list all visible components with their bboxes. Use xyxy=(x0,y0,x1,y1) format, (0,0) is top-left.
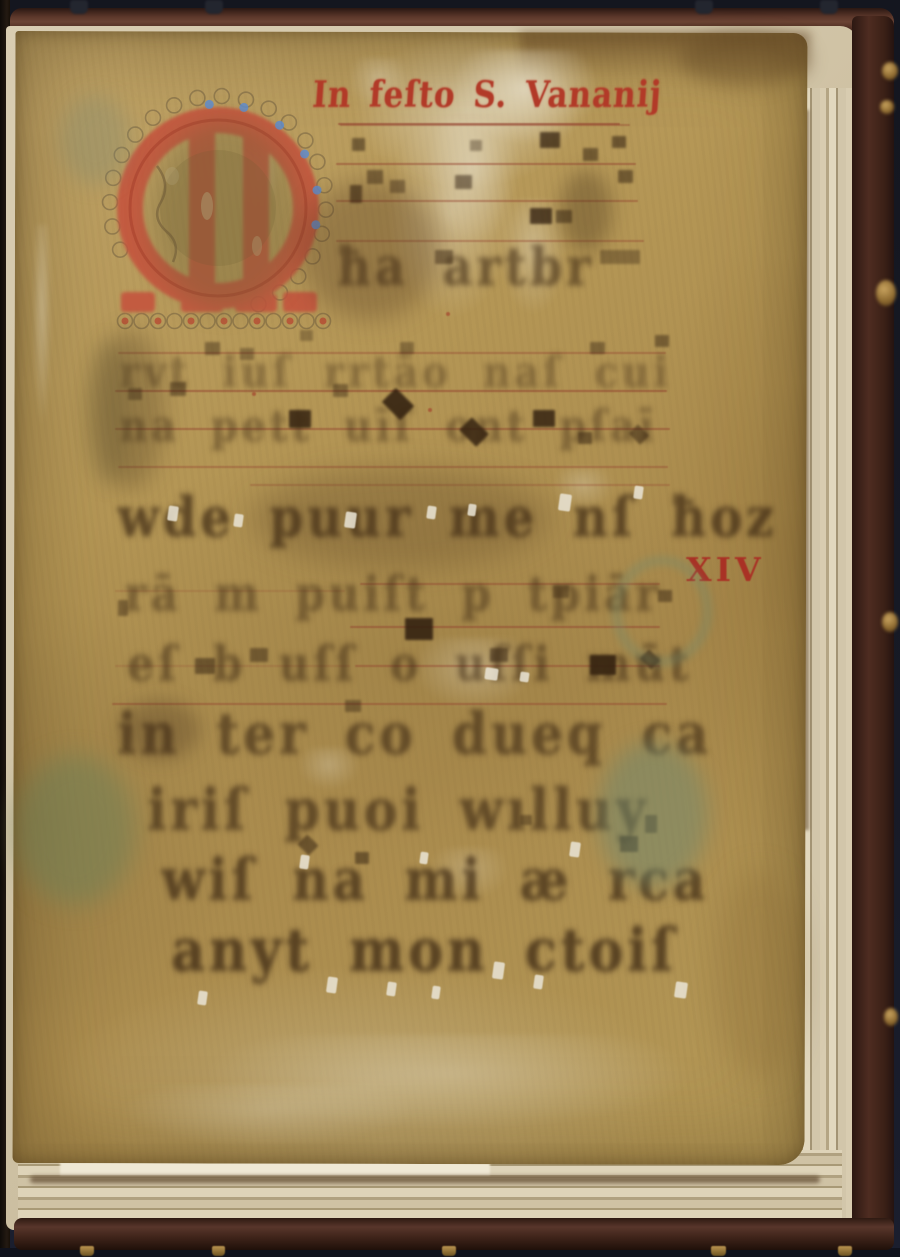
binding-stud xyxy=(820,0,838,14)
clasp-glint xyxy=(884,1008,898,1026)
clasp-glint xyxy=(880,100,894,114)
brass-foot xyxy=(838,1246,852,1256)
brass-foot xyxy=(80,1246,94,1256)
brass-foot xyxy=(212,1246,225,1256)
brass-foot xyxy=(711,1246,726,1256)
clasp-glint xyxy=(876,280,896,306)
manuscript-photograph: ħa artbrrvt iuſ rrtāo naſ cuina pett uīſ… xyxy=(0,0,900,1257)
binding-stud xyxy=(695,0,713,14)
clasp-glint xyxy=(882,612,898,632)
brass-foot xyxy=(442,1246,456,1256)
binding-stud xyxy=(205,0,223,14)
binding-stud xyxy=(70,0,88,14)
binding-hardware-layer xyxy=(0,0,900,1257)
clasp-glint xyxy=(882,62,898,80)
